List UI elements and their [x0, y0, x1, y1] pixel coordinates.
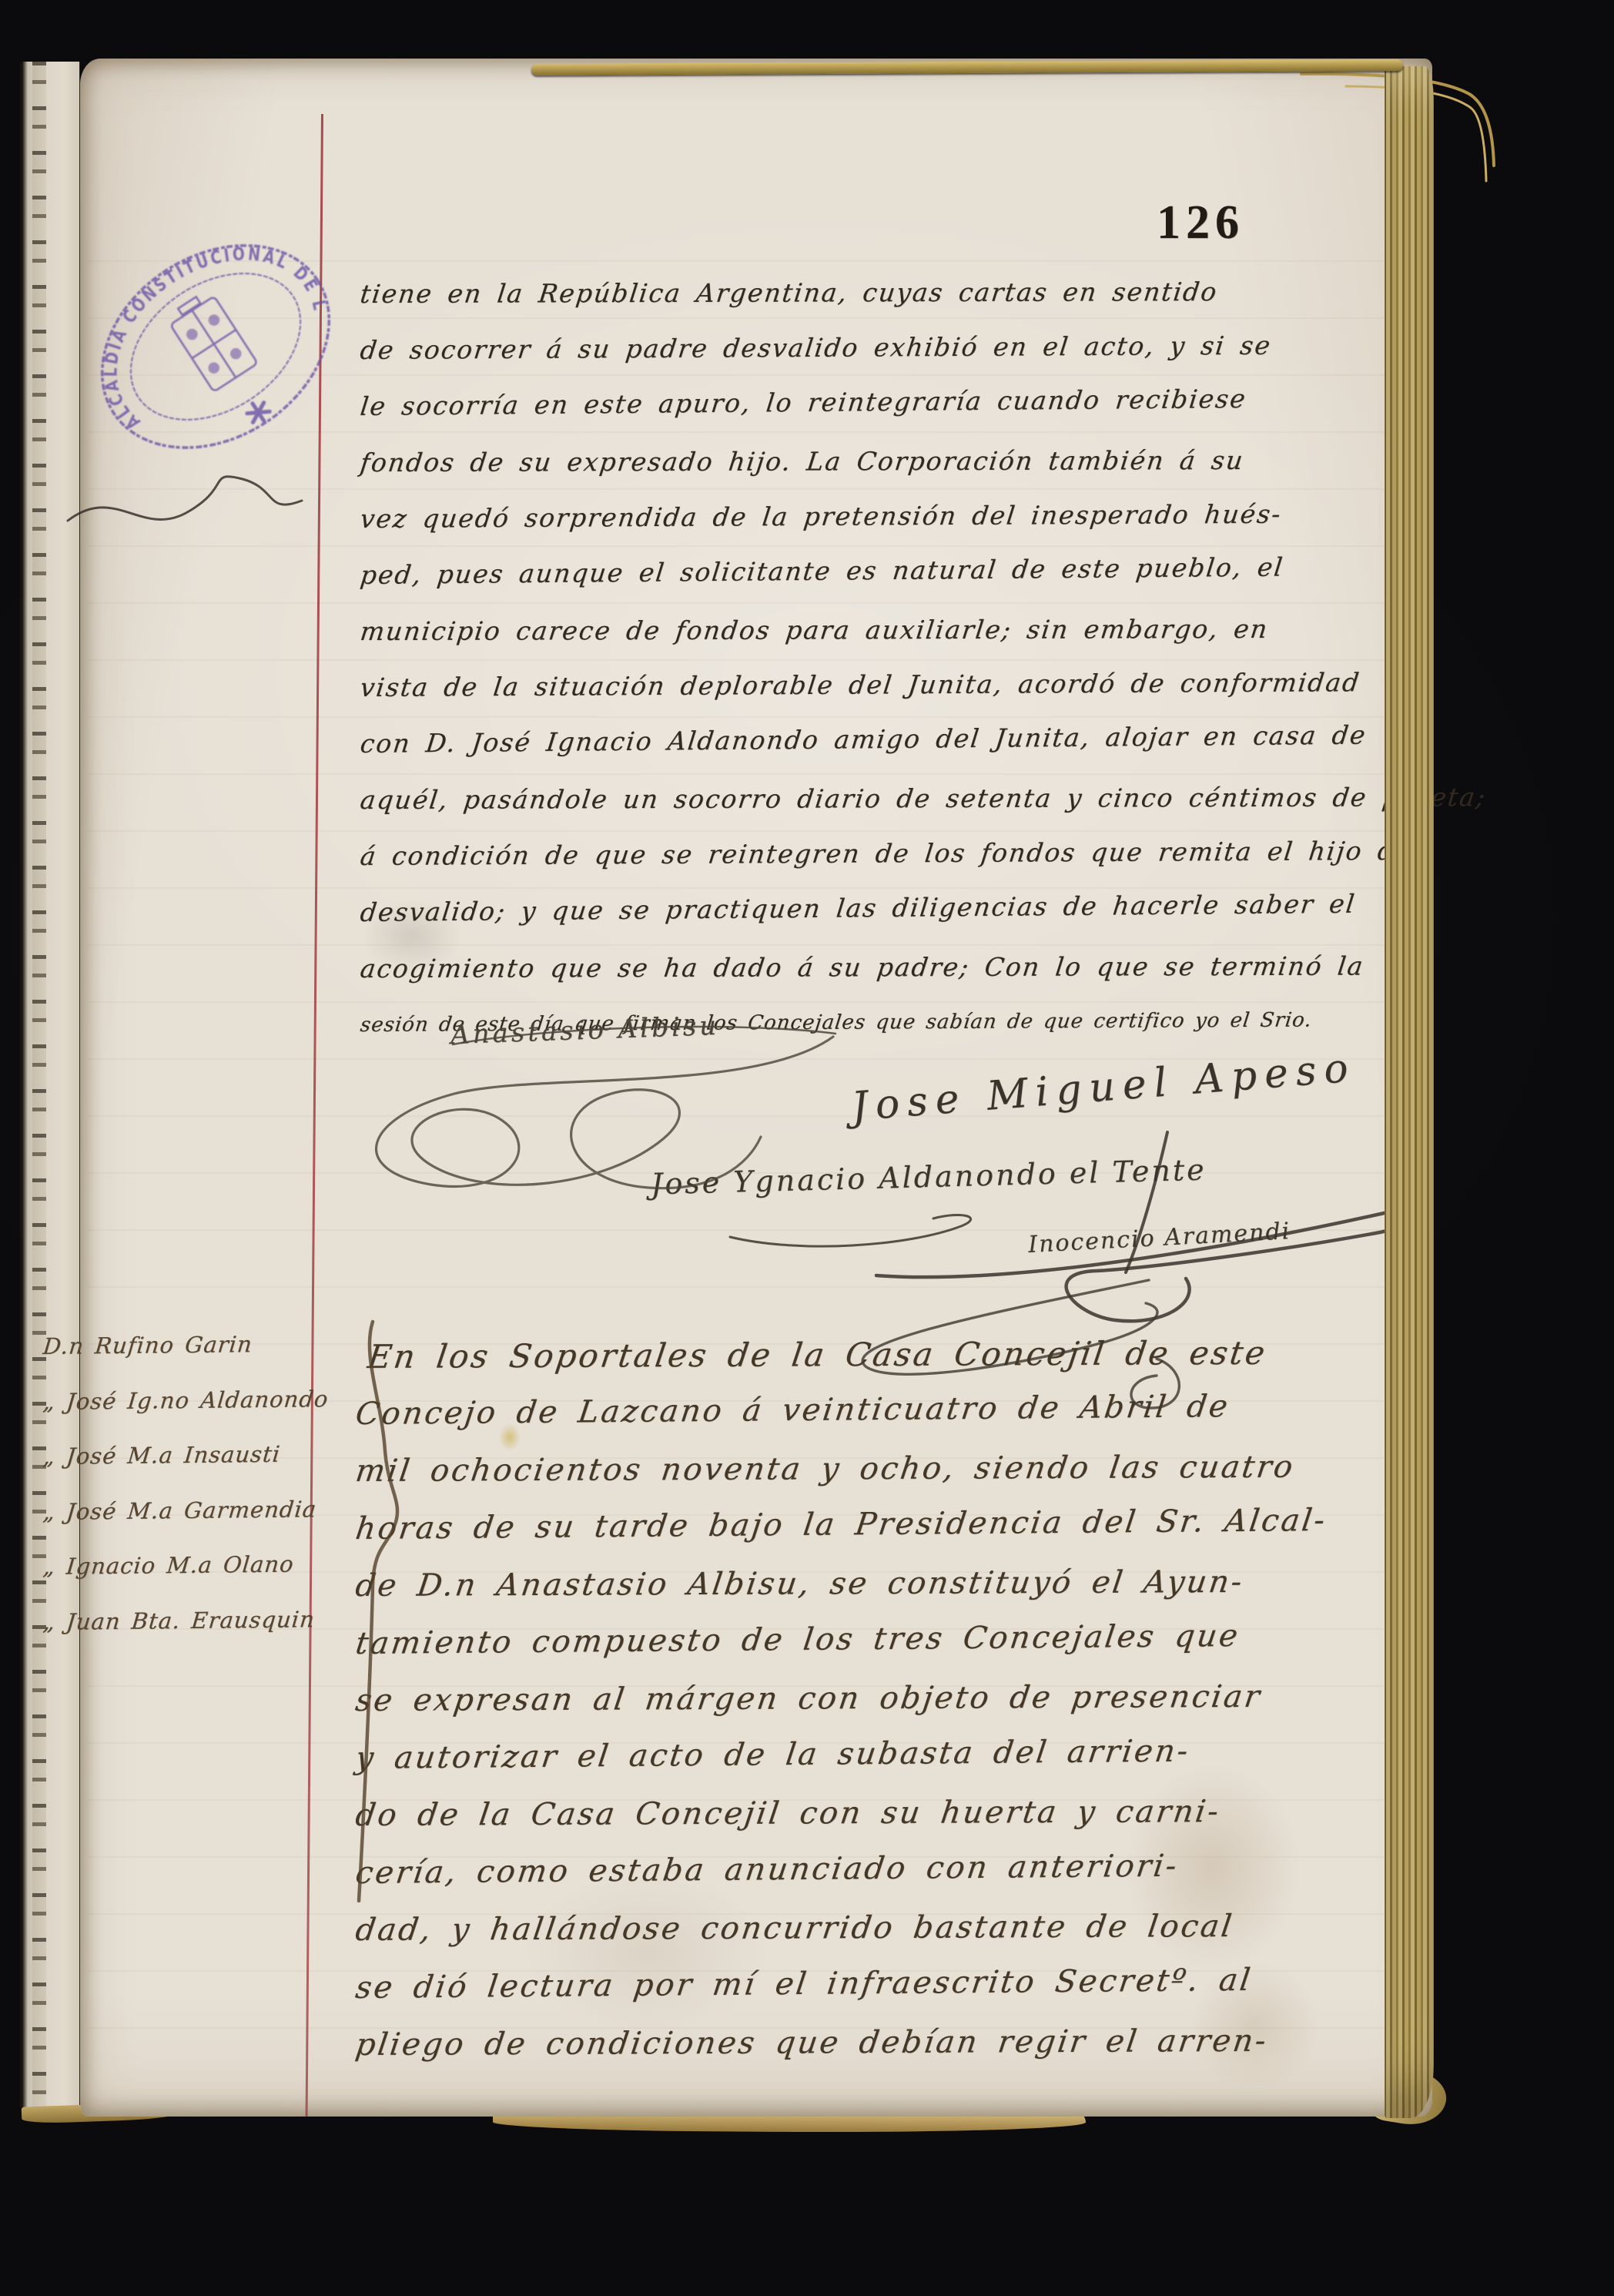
manuscript-line: fondos de su expresado hijo. La Corporac… — [357, 431, 1411, 491]
manuscript-line: ped, pues aunque el solicitante es natur… — [357, 538, 1412, 603]
manuscript-line: tiene en la República Argentina, cuyas c… — [357, 263, 1411, 322]
manuscript-line: con D. José Ignacio Aldanondo amigo del … — [357, 706, 1412, 772]
entry-paragraph-2: En los Soportales de la Casa Concejil de… — [356, 1328, 1415, 2074]
municipal-stamp-icon: ALCALDIA CONSTITUCIONAL DE LAZCANO — [65, 181, 366, 512]
manuscript-line: dad, y hallándose concurrido bastante de… — [352, 1897, 1419, 1959]
manuscript-line: se expresan al márgen con objeto de pres… — [352, 1668, 1419, 1729]
margin-name: D.n Rufino Garin — [41, 1316, 370, 1374]
manuscript-line: do de la Casa Concejil con su huerta y c… — [352, 1782, 1419, 1844]
manuscript-line: le socorría en este apuro, lo reintegrar… — [357, 369, 1412, 434]
page-number: 126 — [1157, 196, 1244, 250]
manuscript-line: pliego de condiciones que debían regir e… — [352, 2012, 1419, 2073]
manuscript-line: se dió lectura por mí el infraescrito Se… — [352, 1950, 1419, 2016]
manuscript-line: cería, como estaba anunciado con anterio… — [352, 1835, 1419, 1902]
margin-councilor-list: D.n Rufino Garin „ José Ig.no Aldanondo … — [43, 1319, 367, 1649]
manuscript-line: y autorizar el acto de la subasta del ar… — [352, 1721, 1419, 1787]
manuscript-line: desvalido; y que se practiquen las dilig… — [357, 875, 1412, 940]
manuscript-line: de D.n Anastasio Albisu, se constituyó e… — [352, 1553, 1419, 1614]
manuscript-line: de socorrer á su padre desvalido exhibió… — [357, 317, 1411, 378]
stamp-arc-text: ALCALDIA CONSTITUCIONAL DE LAZCANO — [65, 203, 336, 440]
book-scan: ALCALDIA CONSTITUCIONAL DE LAZCANO 126 t… — [0, 0, 1614, 2296]
manuscript-line: tamiento compuesto de los tres Concejale… — [352, 1606, 1419, 1672]
manuscript-line: á condición de que se reintegren de los … — [357, 823, 1411, 884]
manuscript-line: acogimiento que se ha dado á su padre; C… — [357, 937, 1411, 997]
manuscript-line: mil ochocientos noventa y ocho, siendo l… — [352, 1438, 1419, 1500]
manuscript-line: En los Soportales de la Casa Concejil de… — [352, 1323, 1419, 1385]
svg-text:ALCALDIA CONSTITUCIONAL DE LAZ: ALCALDIA CONSTITUCIONAL DE LAZCANO — [65, 203, 336, 440]
margin-name: „ José Ig.no Aldanondo — [41, 1370, 370, 1429]
manuscript-line: vez quedó sorprendida de la pretensión d… — [357, 485, 1411, 547]
stamp-shield-icon — [165, 288, 257, 391]
entry-paragraph-1: tiene en la República Argentina, cuyas c… — [360, 266, 1408, 1053]
manuscript-line: Concejo de Lazcano á veinticuatro de Abr… — [352, 1376, 1419, 1443]
manuscript-line: municipio carece de fondos para auxiliar… — [357, 600, 1411, 659]
page-stack-edges — [1385, 66, 1434, 2118]
margin-name: „ Juan Bta. Erausquin — [41, 1590, 370, 1649]
margin-name: „ José M.a Insausti — [41, 1426, 370, 1484]
binding-crease — [32, 62, 46, 2112]
stamp-star-icon — [244, 398, 273, 427]
margin-name: „ Ignacio M.a Olano — [41, 1536, 370, 1594]
margin-name: „ José M.a Garmendia — [41, 1480, 370, 1539]
manuscript-line: aquél, pasándole un socorro diario de se… — [357, 769, 1411, 828]
manuscript-line: vista de la situación deplorable del Jun… — [357, 654, 1411, 716]
manuscript-line: horas de su tarde bajo la Presidencia de… — [352, 1491, 1419, 1557]
